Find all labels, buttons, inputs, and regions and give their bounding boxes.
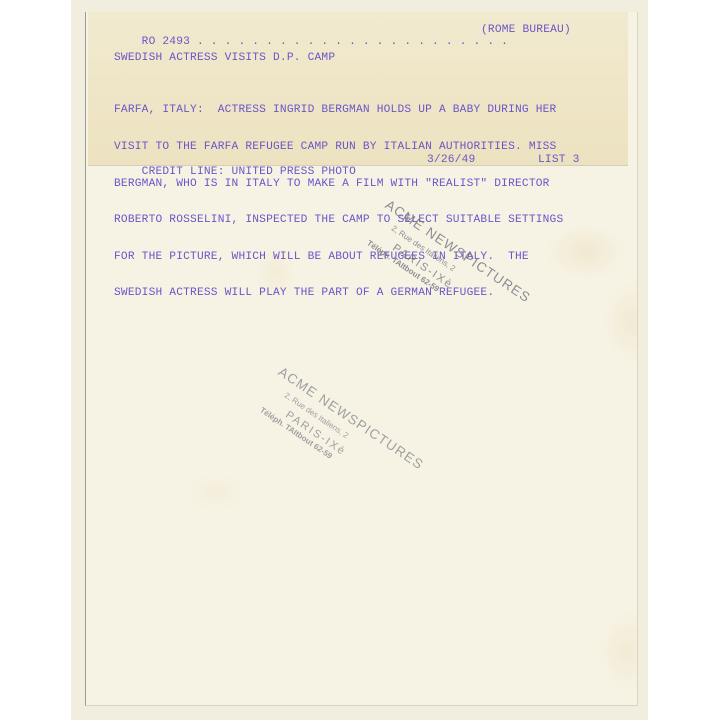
press-caption-strip: RO 2493 . . . . . . . . . . . . . . . . …	[88, 12, 628, 165]
caption-credit-line: CREDIT LINE: UNITED PRESS PHOTO	[142, 166, 356, 178]
caption-body-line: FARFA, ITALY: ACTRESS INGRID BERGMAN HOL…	[114, 104, 563, 116]
caption-body-line: ROBERTO ROSSELINI, INSPECTED THE CAMP TO…	[114, 214, 563, 226]
caption-list-number: LIST 3	[538, 154, 579, 166]
caption-bureau: (ROME BUREAU)	[481, 24, 571, 36]
caption-date: 3/26/49	[427, 154, 475, 166]
caption-credit-row: CREDIT LINE: UNITED PRESS PHOTO 3/26/49 …	[114, 154, 356, 215]
caption-header: RO 2493 . . . . . . . . . . . . . . . . …	[114, 24, 515, 73]
caption-body-line: FOR THE PICTURE, WHICH WILL BE ABOUT REF…	[114, 251, 563, 263]
caption-header-dots: . . . . . . . . . . . . . . . . . . . . …	[190, 36, 515, 48]
caption-body-line: SWEDISH ACTRESS WILL PLAY THE PART OF A …	[114, 287, 563, 299]
caption-reference-number: RO 2493	[142, 36, 190, 48]
caption-title: SWEDISH ACTRESS VISITS D.P. CAMP	[114, 52, 335, 64]
caption-body-line: VISIT TO THE FARFA REFUGEE CAMP RUN BY I…	[114, 141, 563, 153]
